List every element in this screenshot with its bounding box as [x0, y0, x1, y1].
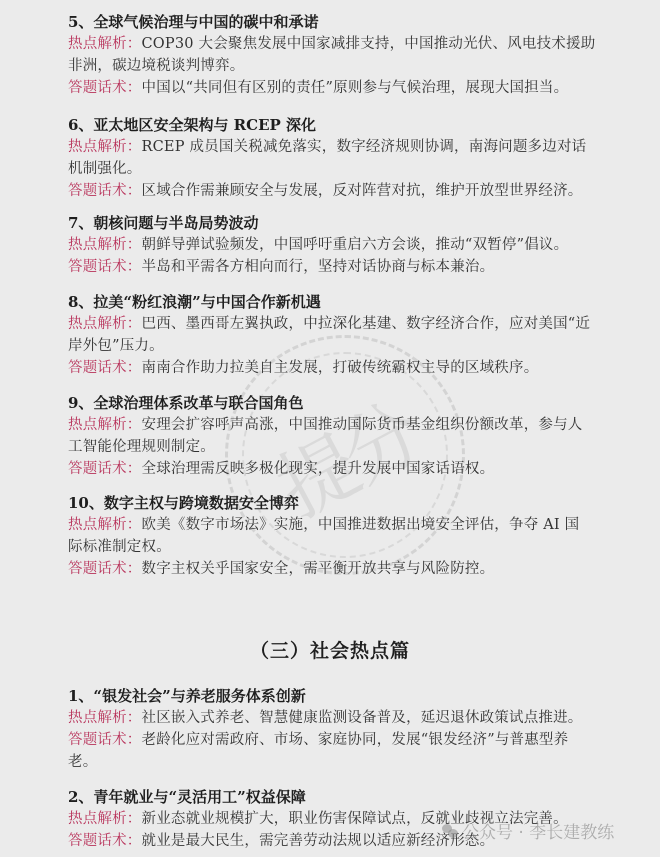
- answer-line: 答题话术：区域合作需兼顾安全与发展，反对阵营对抗，维护开放型世界经济。: [68, 180, 608, 202]
- topic-item-7: 7、朝核问题与半岛局势波动 热点解析：朝鲜导弹试验频发，中国呼吁重启六方会谈，推…: [68, 213, 608, 278]
- topic-item-10: 10、数字主权与跨境数据安全博弈 热点解析：欧美《数字市场法》实施，中国推进数据…: [68, 493, 608, 580]
- answer-line: 答题话术：全球治理需反映多极化现实，提升发展中国家话语权。: [68, 458, 608, 480]
- analysis-label: 热点解析：: [68, 811, 142, 827]
- topic-title: 6、亚太地区安全架构与 RCEP 深化: [68, 115, 608, 136]
- answer-label: 答题话术：: [68, 183, 142, 199]
- analysis-line: 热点解析：COP30 大会聚焦发展中国家减排支持，中国推动光伏、风电技术援助: [68, 33, 608, 55]
- section-heading: （三）社会热点篇: [0, 636, 660, 663]
- document-page: 提分 5、全球气候治理与中国的碳中和承诺 热点解析：COP30 大会聚焦发展中国…: [0, 0, 660, 857]
- topic-item-5: 5、全球气候治理与中国的碳中和承诺 热点解析：COP30 大会聚焦发展中国家减排…: [68, 12, 608, 99]
- analysis-line-cont: 工智能伦理规则制定。: [68, 436, 608, 458]
- social-topic-item-1: 1、“银发社会”与养老服务体系创新 热点解析：社区嵌入式养老、智慧健康监测设备普…: [68, 686, 608, 773]
- answer-line: 答题话术：半岛和平需各方相向而行，坚持对话协商与标本兼治。: [68, 256, 608, 278]
- analysis-line: 热点解析：欧美《数字市场法》实施，中国推进数据出境安全评估，争夺 AI 国: [68, 514, 608, 536]
- topic-title: 1、“银发社会”与养老服务体系创新: [68, 686, 608, 707]
- answer-label: 答题话术：: [68, 80, 142, 96]
- analysis-label: 热点解析：: [68, 710, 142, 726]
- answer-label: 答题话术：: [68, 360, 142, 376]
- answer-line: 答题话术：中国以“共同但有区别的责任”原则参与气候治理，展现大国担当。: [68, 77, 608, 99]
- answer-line-cont: 老。: [68, 751, 608, 773]
- answer-line: 答题话术：南南合作助力拉美自主发展，打破传统霸权主导的区域秩序。: [68, 357, 608, 379]
- analysis-line-cont: 岸外包”压力。: [68, 335, 608, 357]
- topic-item-9: 9、全球治理体系改革与联合国角色 热点解析：安理会扩容呼声高涨，中国推动国际货币…: [68, 393, 608, 480]
- watermark-text: 公众号 · 李长建教练: [462, 818, 614, 843]
- analysis-line-cont: 非洲，碳边境税谈判博弈。: [68, 55, 608, 77]
- answer-label: 答题话术：: [68, 561, 142, 577]
- topic-title: 2、青年就业与“灵活用工”权益保障: [68, 787, 608, 808]
- analysis-label: 热点解析：: [68, 517, 142, 533]
- wechat-icon: [442, 824, 458, 838]
- answer-label: 答题话术：: [68, 461, 142, 477]
- topic-item-8: 8、拉美“粉红浪潮”与中国合作新机遇 热点解析：巴西、墨西哥左翼执政，中拉深化基…: [68, 292, 608, 379]
- answer-label: 答题话术：: [68, 259, 142, 275]
- analysis-line: 热点解析：安理会扩容呼声高涨，中国推动国际货币基金组织份额改革，参与人: [68, 414, 608, 436]
- answer-label: 答题话术：: [68, 732, 142, 748]
- analysis-line: 热点解析：社区嵌入式养老、智慧健康监测设备普及，延迟退休政策试点推进。: [68, 707, 608, 729]
- analysis-line-cont: 际标准制定权。: [68, 536, 608, 558]
- answer-label: 答题话术：: [68, 833, 142, 849]
- analysis-label: 热点解析：: [68, 316, 142, 332]
- analysis-line: 热点解析：RCEP 成员国关税减免落实，数字经济规则协调，南海问题多边对话: [68, 136, 608, 158]
- topic-item-6: 6、亚太地区安全架构与 RCEP 深化 热点解析：RCEP 成员国关税减免落实，…: [68, 115, 608, 202]
- topic-title: 5、全球气候治理与中国的碳中和承诺: [68, 12, 608, 33]
- analysis-label: 热点解析：: [68, 139, 142, 155]
- answer-line: 答题话术：数字主权关乎国家安全，需平衡开放共享与风险防控。: [68, 558, 608, 580]
- analysis-line-cont: 机制强化。: [68, 158, 608, 180]
- analysis-line: 热点解析：巴西、墨西哥左翼执政，中拉深化基建、数字经济合作，应对美国“近: [68, 313, 608, 335]
- account-watermark: 公众号 · 李长建教练: [442, 818, 614, 843]
- analysis-line: 热点解析：朝鲜导弹试验频发，中国呼吁重启六方会谈，推动“双暂停”倡议。: [68, 234, 608, 256]
- analysis-label: 热点解析：: [68, 36, 142, 52]
- answer-line: 答题话术：老龄化应对需政府、市场、家庭协同，发展“银发经济”与普惠型养: [68, 729, 608, 751]
- analysis-label: 热点解析：: [68, 237, 142, 253]
- topic-title: 9、全球治理体系改革与联合国角色: [68, 393, 608, 414]
- analysis-label: 热点解析：: [68, 417, 142, 433]
- topic-title: 10、数字主权与跨境数据安全博弈: [68, 493, 608, 514]
- topic-title: 7、朝核问题与半岛局势波动: [68, 213, 608, 234]
- topic-title: 8、拉美“粉红浪潮”与中国合作新机遇: [68, 292, 608, 313]
